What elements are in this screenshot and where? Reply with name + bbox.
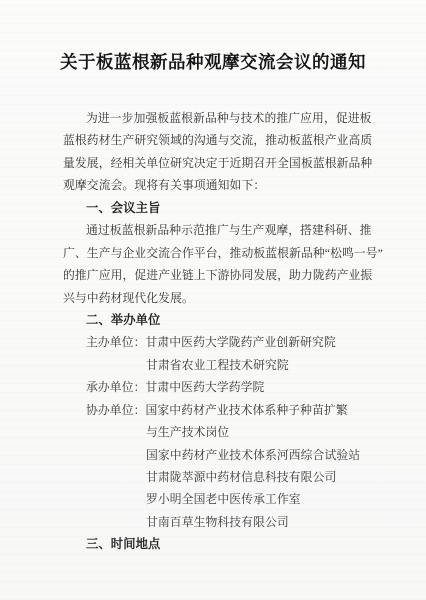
purpose-line: 通过板蓝根新品种示范推广与生产观摩，搭建科研、推 xyxy=(63,219,371,241)
intro-line: 蓝根药材生产研究领域的沟通与交流，推动板蓝根产业高质 xyxy=(63,129,371,151)
co-org-continuation: 甘肃陇萃源中药材信息科技有限公司 xyxy=(63,466,371,488)
host-org-continuation: 甘肃省农业工程技术研究院 xyxy=(63,354,371,376)
section-organizers-heading: 二、举办单位 xyxy=(63,309,371,331)
intro-line: 量发展，经相关单位研究决定于近期召开全国板蓝根新品种 xyxy=(63,152,371,174)
co-org-continuation: 与生产技术岗位 xyxy=(63,421,371,443)
co-org-continuation: 罗小明全国老中医传承工作室 xyxy=(63,488,371,510)
undertaker-org-line: 承办单位：甘肃中医药大学药学院 xyxy=(63,376,371,398)
purpose-line: 兴与中药材现代化发展。 xyxy=(63,287,371,309)
host-org-line: 主办单位：甘肃中医药大学陇药产业创新研究院 xyxy=(63,331,371,353)
section-purpose-heading: 一、会议主旨 xyxy=(63,197,371,219)
intro-line: 观摩交流会。现将有关事项通知如下： xyxy=(63,174,371,196)
section-time-place-heading: 三、时间地点 xyxy=(63,533,371,555)
co-org-continuation: 甘南百草生物科技有限公司 xyxy=(63,511,371,533)
document-page: 关于板蓝根新品种观摩交流会议的通知 为进一步加强板蓝根新品种与技术的推广应用，促… xyxy=(0,0,426,600)
co-org-line: 协办单位：国家中药材产业技术体系种子种苗扩繁 xyxy=(63,399,371,421)
purpose-line: 的推广应用，促进产业链上下游协同发展，助力陇药产业振 xyxy=(63,264,371,286)
intro-line: 为进一步加强板蓝根新品种与技术的推广应用，促进板 xyxy=(63,107,371,129)
document-title: 关于板蓝根新品种观摩交流会议的通知 xyxy=(0,0,426,74)
purpose-line: 广、生产与企业交流合作平台，推动板蓝根新品种“松鸣一号” xyxy=(63,242,371,264)
document-body: 为进一步加强板蓝根新品种与技术的推广应用，促进板 蓝根药材生产研究领域的沟通与交… xyxy=(0,107,426,556)
co-org-continuation: 国家中药材产业技术体系河西综合试验站 xyxy=(63,444,371,466)
